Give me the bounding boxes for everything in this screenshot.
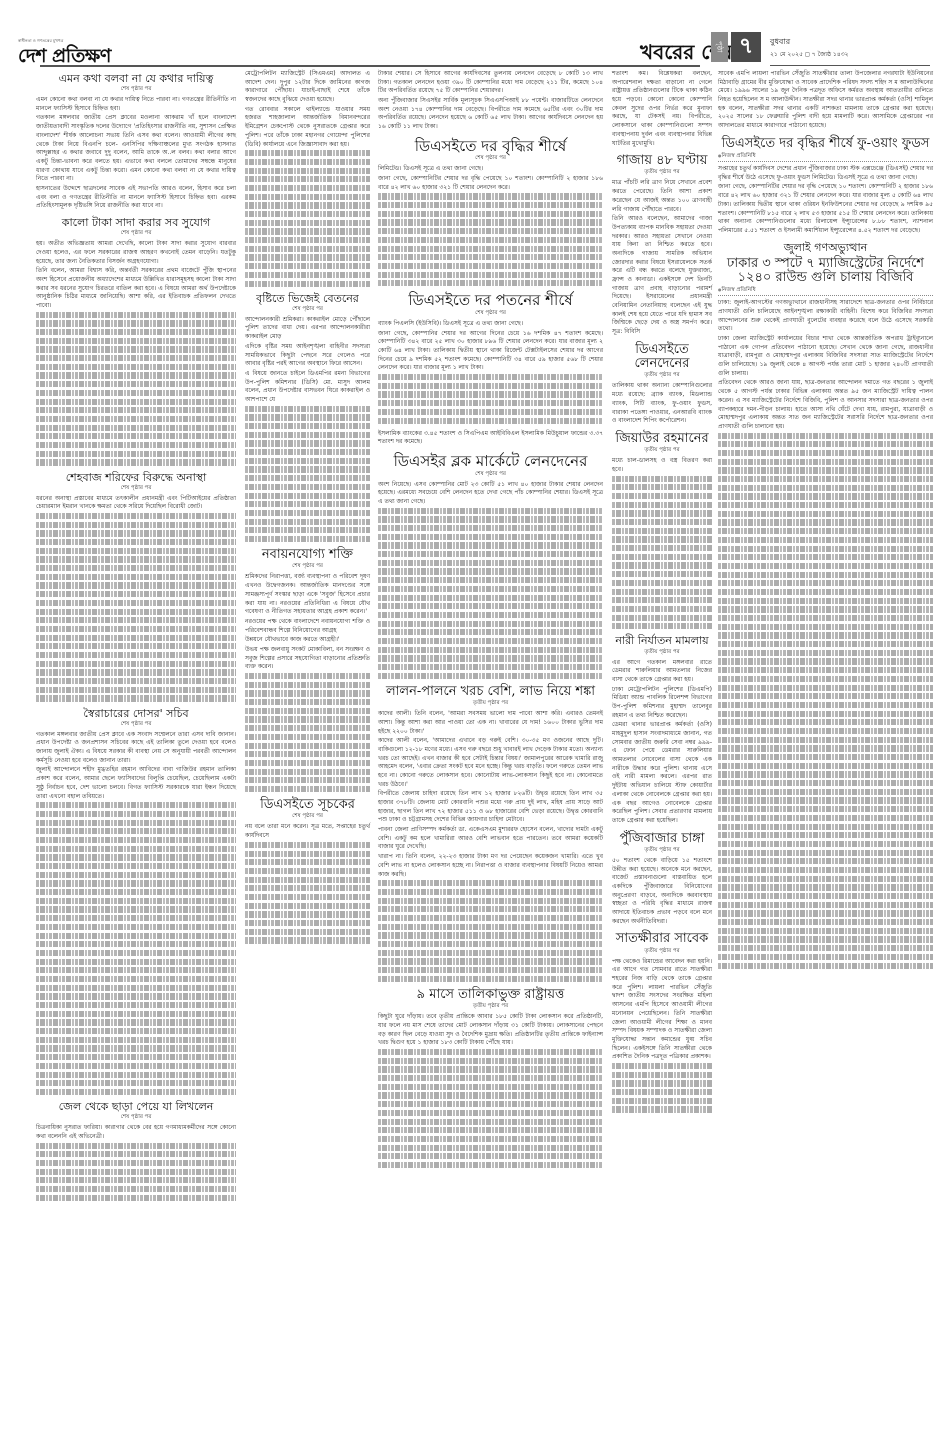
- text-line: [36, 1080, 236, 1086]
- text-line: [36, 513, 236, 519]
- text-line: [245, 176, 370, 182]
- article-headline[interactable]: লালন-পালনে খরচ বেশি, লাভ নিয়ে শঙ্কা: [378, 685, 603, 699]
- text-line: [718, 745, 933, 751]
- text-line: [36, 1045, 236, 1051]
- article: জিয়াউর রহমানেরতৃতীয় পৃষ্ঠার পরমধ্যে চা…: [612, 432, 712, 630]
- text-line: [612, 571, 712, 577]
- paragraph: লিমিটেড। ডিএসই সূত্রে এ তথ্য জানা গেছে।: [378, 165, 603, 174]
- text-line: [378, 551, 603, 557]
- text-line: [36, 539, 236, 545]
- article-body: ধরনের অনাস্থা প্রস্তাবের মাধ্যমে তৎকালীন…: [36, 495, 236, 702]
- text-line: [718, 719, 933, 725]
- text-line: [245, 211, 370, 217]
- text-line: [718, 511, 933, 517]
- text-line: [245, 484, 370, 490]
- paragraph: হাসনাতের উদ্দেশে ছাত্রদলের সাবেক এই সভাপ…: [36, 185, 236, 211]
- text-line: [245, 786, 370, 792]
- text-line: [245, 894, 370, 900]
- text-line: [378, 586, 603, 592]
- publication-date: ২১ মে ২০২৫ ◻ ৭ জ্যৈষ্ঠ ১৪৩২: [770, 49, 849, 60]
- text-line: [36, 574, 236, 580]
- text-line: [36, 1054, 236, 1060]
- text-line: [36, 906, 236, 912]
- paragraph: এদিকে বৃষ্টির সময় আইনশৃঙ্খলা বাহিনীর সদ…: [245, 343, 370, 369]
- article-body: সপ্তাহের চতুর্থ কার্যদিবস দেশের প্রধান প…: [718, 165, 933, 236]
- text-line: [612, 1106, 712, 1112]
- byline: নিজস্ব প্রতিনিধি: [718, 153, 933, 162]
- article: ইসলামিক ব্যাংকের ৩.৪৫ শতাংশ ও সিএপিএম আই…: [378, 430, 603, 447]
- text-line: [36, 950, 236, 956]
- paragraph: সাবেক এমপি লায়লা পারভিন সেঁজুতি সাতক্ষী…: [718, 70, 933, 131]
- weekday: বুধবার: [770, 36, 790, 49]
- text-line: [245, 519, 370, 525]
- paragraph: অন্য পুঁজিবাজার সিএসইর সার্বিক মূল্যসূচক…: [378, 97, 603, 132]
- text-line: [612, 536, 712, 542]
- text-line: [36, 1063, 236, 1069]
- text-line: [245, 708, 370, 714]
- text-line: [612, 554, 712, 560]
- article: মেট্রোপলিটন ম্যাজিস্ট্রেট (সিএমএম) আদালত…: [245, 70, 370, 287]
- text-line: [612, 580, 712, 586]
- text-line: [718, 841, 933, 847]
- article: সাতক্ষীরার সাবেকতৃতীয় পৃষ্ঠার পরপক্ষ থে…: [612, 932, 712, 1112]
- text-line: [245, 440, 370, 446]
- article-body: আন্দোলনকারী শ্রমিকরা। কাকরাইল মোড়ে পৌঁছ…: [245, 316, 370, 542]
- paragraph: এ বিষয়ে জানতে চাইলে ডিএমপির রমনা বিভাগে…: [245, 370, 370, 405]
- text-line: [36, 1177, 236, 1183]
- text-line: [378, 534, 603, 540]
- paragraph: ঢাকা: জুলাই-আগস্টের গণঅভ্যুত্থানে রাজধান…: [718, 299, 933, 334]
- text-line: [245, 937, 370, 943]
- paragraph: তিনি বলেন, আমরা বিশ্বাস করি, অন্তর্বর্তী…: [36, 267, 236, 310]
- text-line: [718, 493, 933, 499]
- paragraph: আন্দোলনকারী শ্রমিকরা। কাকরাইল মোড়ে পৌঁছ…: [245, 316, 370, 342]
- article-body: চিত্রনায়িকা নুসরাত ফারিয়া। কারাগার থেক…: [36, 1124, 236, 1201]
- text-line: [718, 676, 933, 682]
- paragraph: ঢাকা মেট্রোপলিটন পুলিশের (ডিএমপি) মিডিয়…: [612, 686, 712, 721]
- text-line: [718, 598, 933, 604]
- text-line: [718, 910, 933, 916]
- continuation-note: শেষ পৃষ্ঠার পর: [378, 155, 603, 163]
- text-line: [718, 685, 933, 691]
- text-line: [378, 1092, 603, 1098]
- text-line: [378, 1049, 603, 1055]
- column-1: এমন কথা বলবা না যে কথার দায়িত্বশেষ পৃষ্…: [36, 70, 236, 1207]
- text-line: [36, 880, 236, 886]
- text-line: [245, 716, 370, 722]
- article-headline[interactable]: ডিএসইতে দর বৃদ্ধির শীর্ষে: [378, 138, 603, 155]
- paragraph: সপ্তাহের চতুর্থ কার্যদিবস দেশের প্রধান প…: [718, 165, 933, 182]
- article: শতাংশ কম। বিশ্লেষকরা বলছেন, অপারেশনাল দক…: [612, 70, 712, 148]
- text-line: [718, 936, 933, 942]
- paragraph: নরওয়ের পক্ষ থেকে বাংলাদেশে নবায়নযোগ্য …: [245, 618, 370, 635]
- text-line: [718, 606, 933, 612]
- text-line: [36, 687, 236, 693]
- text-line: [36, 617, 236, 623]
- text-line: [245, 859, 370, 865]
- paragraph: বিপরীতে জেলায় চাহিদা রয়েছে তিন লাখ ১২ …: [378, 790, 603, 825]
- article-body: এমন কোনো কথা বলবা না যে কথার দায়িত্ব নি…: [36, 96, 236, 211]
- text-line: [245, 458, 370, 464]
- continuation-note: শেষ পৃষ্ঠার পর: [245, 563, 370, 571]
- text-line: [36, 1143, 236, 1149]
- paragraph: ডেমরা থানার ভারপ্রাপ্ত কর্মকর্তা (ওসি) ম…: [612, 721, 712, 825]
- text-line: [718, 919, 933, 925]
- page-number: ৭: [731, 32, 761, 62]
- paragraph: উভয় পক্ষ জলবায়ু সংকট মোকাবিলা, বন সংরক…: [245, 646, 370, 672]
- text-line: [718, 433, 933, 439]
- text-line: [378, 1127, 603, 1133]
- article: নারী নির্যাতন মামলায়তৃতীয় পৃষ্ঠার পরএর…: [612, 635, 712, 825]
- article-body: কিছুটা ঘুরে দাঁড়ায়। তবে তৃতীয় প্রান্ত…: [378, 1013, 603, 1168]
- text-line: [718, 667, 933, 673]
- text-line: [718, 467, 933, 473]
- article-headline[interactable]: ডিএসইর ব্লক মার্কেটে লেনদেনের: [378, 453, 603, 470]
- text-line: [378, 673, 603, 679]
- text-line: [245, 929, 370, 935]
- text-line: [718, 441, 933, 447]
- article-body: এর আগে গতকাল মঙ্গলবার রাতে ডেমরার শারুলি…: [612, 659, 712, 826]
- text-line: [245, 725, 370, 731]
- text-line: [245, 202, 370, 208]
- article: এমন কথা বলবা না যে কথার দায়িত্বশেষ পৃষ্…: [36, 73, 236, 211]
- article: ডিএসইর ব্লক মার্কেটে লেনদেনেরশেষ পৃষ্ঠার…: [378, 453, 603, 679]
- text-line: [245, 449, 370, 455]
- text-line: [718, 850, 933, 856]
- text-line: [36, 959, 236, 965]
- text-line: [718, 780, 933, 786]
- article: জেল থেকে ছাড়া পেয়ে যা লিখলেনশেষ পৃষ্ঠা…: [36, 1101, 236, 1201]
- text-line: [378, 941, 603, 947]
- article-headline[interactable]: বৃষ্টিতে ভিজেই বেতনের: [245, 293, 370, 305]
- text-line: [245, 414, 370, 420]
- text-line: [612, 623, 712, 629]
- text-line: [36, 556, 236, 562]
- paragraph: অংশ নিয়েছে। এসব কোম্পানির মোট ২৩ কোটি ৫…: [378, 481, 603, 507]
- text-line: [245, 281, 370, 287]
- text-line: [718, 615, 933, 621]
- text-line: [36, 898, 236, 904]
- text-line: [36, 837, 236, 843]
- text-line: [718, 632, 933, 638]
- paragraph: তালিকায় থাকা অন্যান্য কোম্পানিগুলোর মধ্…: [612, 382, 712, 425]
- text-line: [718, 485, 933, 491]
- paragraph: পক্ষ থেকেও রিমান্ডের আবেদন করা হয়নি। এর…: [612, 958, 712, 1062]
- text-line: [245, 406, 370, 412]
- paragraph: হয়। অতীত অভিজ্ঞতায় আমরা দেখেছি, কালো ট…: [36, 240, 236, 266]
- text-line: [612, 606, 712, 612]
- text-line: [245, 682, 370, 688]
- text-line: [378, 932, 603, 938]
- text-line: [36, 372, 236, 378]
- text-line: [612, 615, 712, 621]
- text-line: [378, 1084, 603, 1090]
- text-line: [718, 589, 933, 595]
- paragraph: মাত্র পাঁচটি লরি ত্রাণ নিয়ে সেখানে প্রব…: [612, 179, 712, 214]
- article: ডিএসইতে লেনদেনেরতৃতীয় পৃষ্ঠার পরতালিকায…: [612, 343, 712, 426]
- text-line: [36, 976, 236, 982]
- text-line: [612, 1089, 712, 1095]
- text-line: [378, 1066, 603, 1072]
- paragraph: ধরনের অনাস্থা প্রস্তাবের মাধ্যমে তৎকালীন…: [36, 495, 236, 512]
- paragraph: ৫০ শতাংশ থেকে বাড়িয়ে ১৫ শতাংশে উন্নীত …: [612, 857, 712, 927]
- text-line: [612, 589, 712, 595]
- text-line: [36, 591, 236, 597]
- text-line: [718, 546, 933, 552]
- paragraph: কাদের আলী। তিনি বলেন, 'আমরা সবসময় ভালো …: [378, 710, 603, 736]
- paragraph: গতকাল মঙ্গলবার জাতীয় প্রেস ক্লাবে এক সং…: [36, 731, 236, 766]
- article: ডিএসইতে দর বৃদ্ধির শীর্ষে ফু-ওয়াং ফুডসন…: [718, 137, 933, 236]
- text-line: [378, 664, 603, 670]
- text-line: [36, 872, 236, 878]
- text-line: [378, 1153, 603, 1159]
- text-line: [378, 958, 603, 964]
- article-headline[interactable]: নবায়নযোগ্য শক্তি: [245, 548, 370, 562]
- article-headline[interactable]: ডিএসইতে সূচকের: [245, 798, 370, 812]
- paragraph: জানা গেছে, কোম্পানিটির শেয়ার দর বৃদ্ধি …: [718, 183, 933, 235]
- text-line: [378, 647, 603, 653]
- paragraph: কিছুটা ঘুরে দাঁড়ায়। তবে তৃতীয় প্রান্ত…: [378, 1013, 603, 1048]
- article-headline[interactable]: এমন কথা বলবা না যে কথার দায়িত্ব: [36, 73, 236, 85]
- text-line: [36, 695, 236, 701]
- article-body: শ্রমিকদের নিরাপত্তা, বর্জ্য ব্যবস্থাপনা …: [245, 573, 370, 792]
- text-line: [36, 933, 236, 939]
- continuation-note: তৃতীয় পৃষ্ঠার পর: [378, 1003, 603, 1011]
- article-headline[interactable]: শেহবাজ শরিফের বিরুদ্ধে অনাস্থা: [36, 472, 236, 484]
- text-line: [378, 272, 603, 278]
- text-line: [245, 777, 370, 783]
- text-line: [36, 329, 236, 335]
- text-line: [36, 1169, 236, 1175]
- article: স্বৈরাচারের দোসর' সচিবশেষ পৃষ্ঠার পরগতকা…: [36, 708, 236, 1095]
- text-line: [245, 903, 370, 909]
- text-line: [378, 950, 603, 956]
- text-line: [245, 220, 370, 226]
- text-line: [718, 858, 933, 864]
- text-line: [378, 409, 603, 415]
- continuation-note: তৃতীয় পৃষ্ঠার পর: [612, 447, 712, 455]
- text-line: [718, 876, 933, 882]
- text-line: [378, 391, 603, 397]
- article-headline[interactable]: ডিএসইতে দর বৃদ্ধির শীর্ষে ফু-ওয়াং ফুডস: [718, 137, 933, 151]
- text-line: [378, 629, 603, 635]
- text-line: [718, 763, 933, 769]
- text-line: [378, 906, 603, 912]
- text-line: [245, 272, 370, 278]
- paragraph: এর আগে গতকাল মঙ্গলবার রাতে ডেমরার শারুলি…: [612, 659, 712, 685]
- text-line: [718, 580, 933, 586]
- article-headline[interactable]: নারী নির্যাতন মামলায়: [612, 635, 712, 647]
- text-line: [378, 621, 603, 627]
- article: কালো টাকা সাদা করার সব সুযোগশেষ পৃষ্ঠার …: [36, 217, 236, 465]
- column-3: টাকার শেয়ার। সে হিসাবে আগের কার্যদিবসের…: [378, 70, 603, 1174]
- column-5: সাবেক এমপি লায়লা পারভিন সেঁজুতি সাতক্ষী…: [718, 70, 933, 975]
- text-line: [718, 737, 933, 743]
- article-headline[interactable]: কালো টাকা সাদা করার সব সুযোগ: [36, 217, 236, 229]
- text-line: [245, 851, 370, 857]
- continuation-note: তৃতীয় পৃষ্ঠার পর: [612, 847, 712, 855]
- text-line: [245, 432, 370, 438]
- text-line: [36, 626, 236, 632]
- text-line: [36, 416, 236, 422]
- article-headline[interactable]: সাতক্ষীরার সাবেক: [612, 932, 712, 946]
- text-line: [718, 754, 933, 760]
- article-headline[interactable]: ডিএসইতে দর পতনের শীর্ষে: [378, 292, 603, 309]
- text-line: [245, 168, 370, 174]
- paragraph: উন্নয়নে যৌথভাবে কাজ করতে আগ্রহী।': [245, 636, 370, 645]
- text-line: [36, 600, 236, 606]
- text-line: [718, 624, 933, 630]
- text-line: [378, 542, 603, 548]
- text-line: [718, 824, 933, 830]
- text-line: [245, 743, 370, 749]
- article-headline[interactable]: ডিএসইতে লেনদেনের: [612, 343, 712, 372]
- text-line: [36, 924, 236, 930]
- text-line: [36, 1160, 236, 1166]
- text-line: [36, 993, 236, 999]
- text-line: [36, 1151, 236, 1157]
- text-line: [36, 1089, 236, 1095]
- text-line: [378, 568, 603, 574]
- text-line: [36, 346, 236, 352]
- paragraph: ব্যাংক পিএলসি (ইউসিবি)। ডিএসই সূত্রে এ ত…: [378, 320, 603, 329]
- text-line: [718, 450, 933, 456]
- article-body: ঢাকা: জুলাই-আগস্টের গণঅভ্যুত্থানে রাজধান…: [718, 299, 933, 968]
- text-line: [718, 945, 933, 951]
- continuation-note: শেষ পৃষ্ঠার পর: [245, 306, 370, 314]
- text-line: [245, 493, 370, 499]
- text-line: [718, 771, 933, 777]
- text-line: [718, 641, 933, 647]
- text-line: [36, 407, 236, 413]
- text-line: [378, 976, 603, 982]
- text-line: [378, 924, 603, 930]
- text-line: [718, 554, 933, 560]
- text-line: [36, 451, 236, 457]
- continuation-note: তৃতীয় পৃষ্ঠার পর: [612, 948, 712, 956]
- article-body: সাবেক এমপি লায়লা পারভিন সেঁজুতি সাতক্ষী…: [718, 70, 933, 131]
- text-line: [245, 527, 370, 533]
- text-line: [378, 560, 603, 566]
- text-line: [36, 433, 236, 439]
- text-line: [612, 528, 712, 534]
- text-line: [245, 228, 370, 234]
- article-headline[interactable]: ঢাকার ৩ স্পটে ৭ ম্যাজিস্ট্রেটের নির্দেশে…: [718, 257, 933, 286]
- article-body: মাত্র পাঁচটি লরি ত্রাণ নিয়ে সেখানে প্রব…: [612, 179, 712, 336]
- byline: নিজস্ব প্রতিনিধি: [718, 287, 933, 296]
- paragraph: মেট্রোপলিটন ম্যাজিস্ট্রেট (সিএমএম) আদালত…: [245, 70, 370, 105]
- text-line: [378, 638, 603, 644]
- article-body: শতাংশ কম। বিশ্লেষকরা বলছেন, অপারেশনাল দক…: [612, 70, 712, 148]
- text-line: [245, 760, 370, 766]
- paragraph: মধ্যে চাল-ডালসহ ও বস্ত্র বিতরণ করা হবে।: [612, 457, 712, 474]
- text-line: [718, 502, 933, 508]
- text-line: [718, 832, 933, 838]
- article-headline[interactable]: স্বৈরাচারের দোসর' সচিব: [36, 708, 236, 720]
- text-line: [36, 459, 236, 465]
- article-headline[interactable]: গাজায় ৪৮ ঘণ্টায়: [612, 154, 712, 168]
- text-line: [245, 423, 370, 429]
- article: সাবেক এমপি লায়লা পারভিন সেঁজুতি সাতক্ষী…: [718, 70, 933, 131]
- text-line: [718, 572, 933, 578]
- text-line: [245, 751, 370, 757]
- article-body: ব্যাংক পিএলসি (ইউসিবি)। ডিএসই সূত্রে এ ত…: [378, 320, 603, 424]
- text-line: [378, 889, 603, 895]
- text-line: [378, 237, 603, 243]
- text-line: [718, 528, 933, 534]
- text-line: [36, 530, 236, 536]
- article-body: মধ্যে চাল-ডালসহ ও বস্ত্র বিতরণ করা হবে।: [612, 457, 712, 629]
- text-line: [245, 673, 370, 679]
- text-line: [36, 678, 236, 684]
- text-line: [718, 519, 933, 525]
- article-headline[interactable]: ৯ মাসে তালিকাভুক্ত রাষ্ট্রায়ত্ত: [378, 988, 603, 1002]
- text-line: [36, 915, 236, 921]
- paragraph: ঢাকা জেলা ম্যাজিস্ট্রেট কার্যালয়ের বিচা…: [718, 335, 933, 378]
- article: ডিএসইতে দর বৃদ্ধির শীর্ষেশেষ পৃষ্ঠার পরল…: [378, 138, 603, 287]
- article-headline[interactable]: জেল থেকে ছাড়া পেয়ে যা লিখলেন: [36, 1101, 236, 1113]
- text-line: [718, 789, 933, 795]
- text-line: [36, 669, 236, 675]
- article-body: নয় বলে তারা মনে করেন। সূত্র মতে, সপ্তাহ…: [245, 823, 370, 943]
- text-line: [36, 1011, 236, 1017]
- text-line: [36, 1072, 236, 1078]
- article-headline[interactable]: জিয়াউর রহমানের: [612, 432, 712, 446]
- paragraph: এমন কোনো কথা বলবা না যে কথার দায়িত্ব নি…: [36, 96, 236, 113]
- text-line: [378, 655, 603, 661]
- text-line: [36, 846, 236, 852]
- text-line: [378, 603, 603, 609]
- text-line: [378, 915, 603, 921]
- article-body: টাকার শেয়ার। সে হিসাবে আগের কার্যদিবসের…: [378, 70, 603, 132]
- text-line: [612, 597, 712, 603]
- text-line: [378, 383, 603, 389]
- text-line: [36, 1028, 236, 1034]
- text-line: [378, 219, 603, 225]
- article-kicker: জুলাই গণঅভ্যুত্থান: [718, 242, 933, 254]
- paragraph: গত রোববার সকালে থাইল্যান্ডে যাওয়ার সময়…: [245, 106, 370, 149]
- paragraph: প্রতিবেদন থেকে আরও জানা যায়, ছাত্র-জনতা…: [718, 379, 933, 431]
- article-headline[interactable]: পুঁজিবাজার চাঙ্গা: [612, 832, 712, 846]
- article: শেহবাজ শরিফের বিরুদ্ধে অনাস্থাশেষ পৃষ্ঠা…: [36, 472, 236, 702]
- paragraph: শতাংশ কম। বিশ্লেষকরা বলছেন, অপারেশনাল দক…: [612, 70, 712, 148]
- article: বৃষ্টিতে ভিজেই বেতনেরশেষ পৃষ্ঠার পরআন্দো…: [245, 293, 370, 542]
- text-line: [36, 661, 236, 667]
- text-line: [36, 565, 236, 571]
- text-line: [612, 1098, 712, 1104]
- continuation-note: শেষ পৃষ্ঠার পর: [36, 86, 236, 94]
- paragraph: জানা গেছে, কোম্পানির শেয়ার দর আগের দিনে…: [378, 330, 603, 373]
- text-line: [378, 400, 603, 406]
- paragraph: শ্রমিকদের নিরাপত্তা, বর্জ্য ব্যবস্থাপনা …: [245, 573, 370, 616]
- paragraph: জুলাই আন্দোলনে শহীদ মুগ্ধতহির রহমান আবিদ…: [36, 766, 236, 801]
- text-line: [245, 734, 370, 740]
- continuation-note: শেষ পৃষ্ঠার পর: [245, 813, 370, 821]
- paragraph: ইসলামিক ব্যাংকের ৩.৪৫ শতাংশ ও সিএপিএম আই…: [378, 430, 603, 447]
- article: গাজায় ৪৮ ঘণ্টায়তৃতীয় পৃষ্ঠার পরমাত্র …: [612, 154, 712, 337]
- paragraph: তিনি আরও বলেছেন, আমাদের গাজা উপত্যকায় ব…: [612, 215, 712, 337]
- text-line: [612, 502, 712, 508]
- text-line: [245, 159, 370, 165]
- text-line: [36, 643, 236, 649]
- text-line: [36, 828, 236, 834]
- text-line: [718, 867, 933, 873]
- text-line: [378, 193, 603, 199]
- text-line: [378, 967, 603, 973]
- text-line: [36, 941, 236, 947]
- article: ৯ মাসে তালিকাভুক্ত রাষ্ট্রায়ত্ততৃতীয় প…: [378, 988, 603, 1168]
- paragraph: টাকার শেয়ার। সে হিসাবে আগের কার্যদিবসের…: [378, 70, 603, 96]
